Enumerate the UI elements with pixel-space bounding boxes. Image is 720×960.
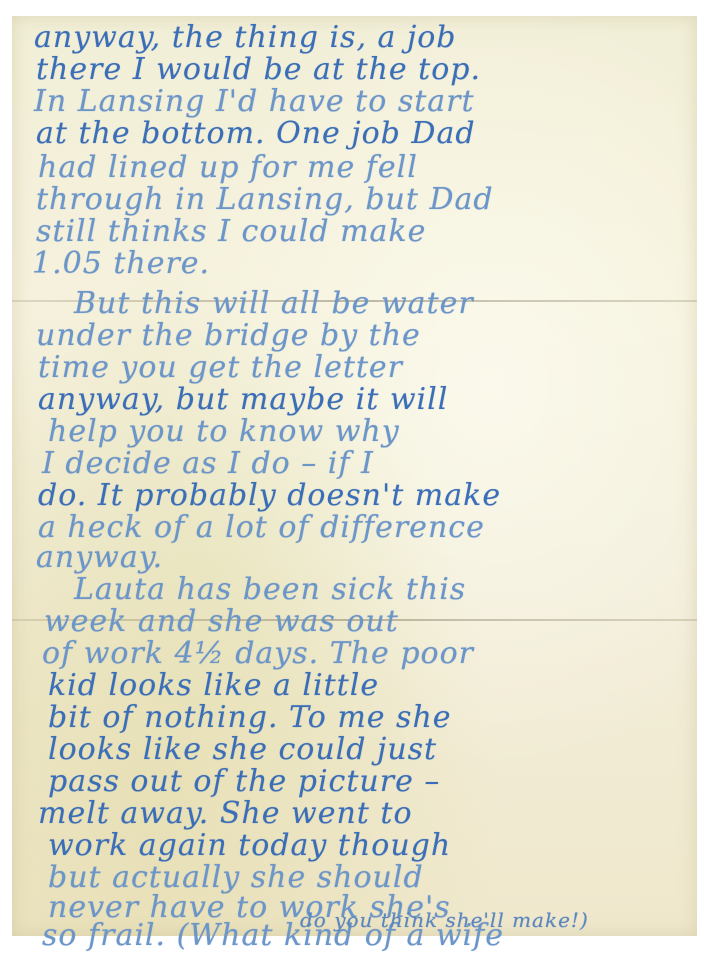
text-line: of work 4½ days. The poor [42,636,474,671]
text-line: Lauta has been sick this [74,572,466,607]
text-line: I decide as I do – if I [42,446,374,481]
text-line: at the bottom. One job Dad [36,116,476,151]
text-line: looks like she could just [48,732,437,767]
text-line: through in Lansing, but Dad [36,182,494,217]
text-line-postscript: do you think she'll make!) [300,908,589,932]
text-line: under the bridge by the [36,318,421,353]
text-line: week and she was out [44,604,399,639]
text-line: anyway, the thing is, a job [34,20,457,55]
text-line: there I would be at the top. [36,52,481,87]
text-line: time you get the letter [38,350,403,385]
text-line: anyway. [36,540,163,575]
text-line: In Lansing I'd have to start [34,84,475,119]
letter-page: anyway, the thing is, a job there I woul… [12,16,697,936]
text-line: help you to know why [48,414,400,449]
text-line: melt away. She went to [38,796,413,831]
text-line: But this will all be water [74,286,474,321]
text-line: work again today though [48,828,451,863]
text-line: kid looks like a little [48,668,379,703]
text-line: 1.05 there. [32,246,210,281]
text-line: still thinks I could make [36,214,426,249]
text-line: pass out of the picture – [48,764,440,799]
text-line: had lined up for me fell [38,150,418,185]
text-line: anyway, but maybe it will [38,382,448,417]
text-line: bit of nothing. To me she [48,700,452,735]
text-line: do. It probably doesn't make [38,478,501,513]
